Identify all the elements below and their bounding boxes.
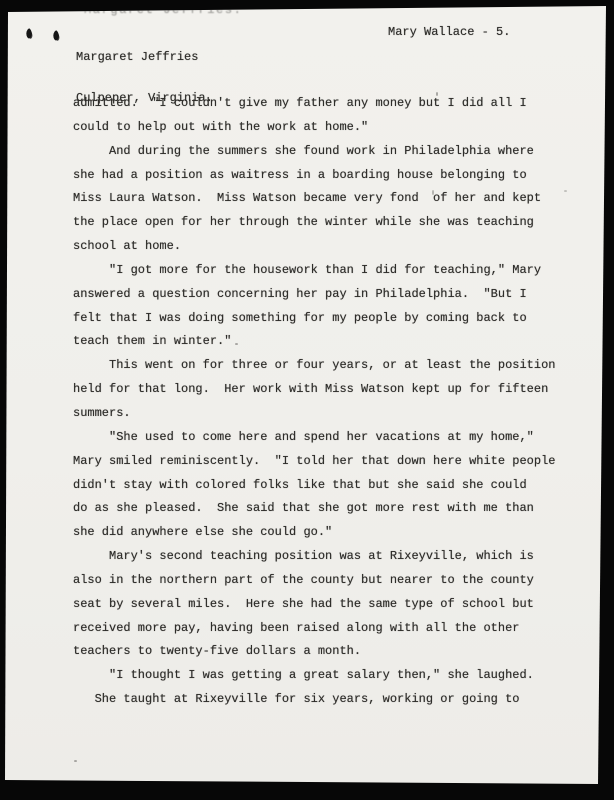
- scan-noise-speck: [564, 190, 567, 192]
- pen-mark-icon: [52, 30, 60, 42]
- body-line: This went on for three or four years, or…: [73, 354, 555, 378]
- body-line: also in the northern part of the county …: [73, 569, 555, 593]
- body-line: received more pay, having been raised al…: [73, 617, 555, 641]
- faded-overtype-text: Margaret Jeffries.: [84, 3, 242, 17]
- pen-mark-icon: [25, 28, 33, 40]
- scanned-paper-page: Margaret Jeffries. Margaret Jeffries Cul…: [0, 0, 614, 800]
- body-line: "She used to come here and spend her vac…: [73, 426, 555, 450]
- scan-noise-speck: [436, 92, 438, 96]
- scan-noise-speck: [74, 760, 77, 762]
- body-line: she did anywhere else she could go.": [73, 521, 555, 545]
- body-line: seat by several miles. Here she had the …: [73, 593, 555, 617]
- body-line: "I got more for the housework than I did…: [73, 259, 555, 283]
- scan-noise-speck: [235, 343, 238, 345]
- body-line: she had a position as waitress in a boar…: [73, 164, 555, 188]
- body-line: felt that I was doing something for my p…: [73, 307, 555, 331]
- body-line: school at home.: [73, 235, 555, 259]
- body-line: Mary's second teaching position was at R…: [73, 545, 555, 569]
- body-line: answered a question concerning her pay i…: [73, 283, 555, 307]
- scan-noise-speck: [432, 190, 434, 195]
- body-text: admitted. "I couldn't give my father any…: [73, 92, 555, 712]
- body-line: didn't stay with colored folks like that…: [73, 474, 555, 498]
- body-line: the place open for her through the winte…: [73, 211, 555, 235]
- page-reference: Mary Wallace - 5.: [388, 25, 510, 39]
- body-line: And during the summers she found work in…: [73, 140, 555, 164]
- body-line: could to help out with the work at home.…: [73, 116, 555, 140]
- body-line: "I thought I was getting a great salary …: [73, 664, 555, 688]
- body-line: summers.: [73, 402, 555, 426]
- interviewer-name: Margaret Jeffries: [76, 51, 213, 65]
- body-line: teachers to twenty-five dollars a month.: [73, 640, 555, 664]
- body-line: teach them in winter.": [73, 330, 555, 354]
- body-line: Miss Laura Watson. Miss Watson became ve…: [73, 187, 555, 211]
- body-line: admitted. "I couldn't give my father any…: [73, 92, 555, 116]
- body-line: Mary smiled reminiscently. "I told her t…: [73, 450, 555, 474]
- body-line: held for that long. Her work with Miss W…: [73, 378, 555, 402]
- body-line: do as she pleased. She said that she got…: [73, 497, 555, 521]
- body-line: She taught at Rixeyville for six years, …: [73, 688, 555, 712]
